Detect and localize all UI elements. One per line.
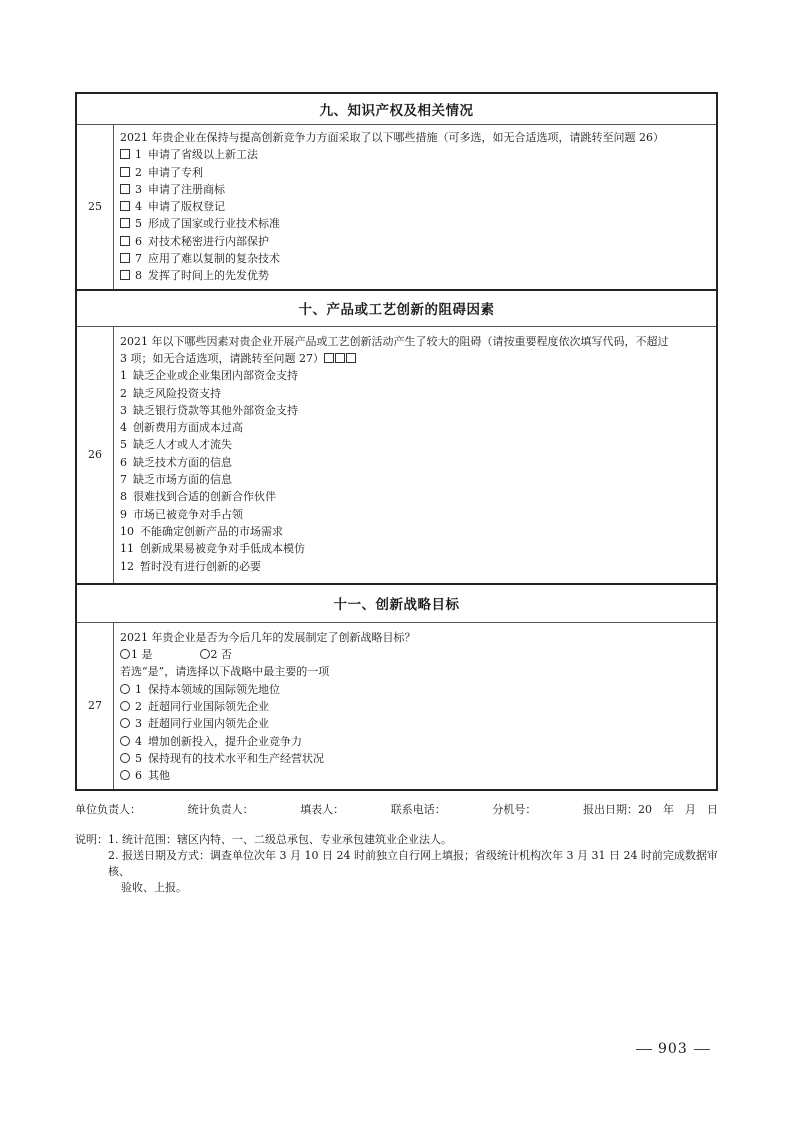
question-row-26: 26 2021 年以下哪些因素对贵企业开展产品或工艺创新活动产生了较大的阻碍（请… <box>77 327 716 585</box>
option-item: 6缺乏技术方面的信息 <box>120 454 716 471</box>
option-item: 5缺乏人才或人才流失 <box>120 436 716 453</box>
question-text: 2021 年以下哪些因素对贵企业开展产品或工艺创新活动产生了较大的阻碍（请按重要… <box>120 333 716 350</box>
question-text: 2021 年贵企业是否为今后几年的发展制定了创新战略目标？ <box>120 629 716 646</box>
note-item-1: 说明： 1. 统计范围：辖区内特、一、二级总承包、专业承包建筑业企业法人。 <box>75 832 735 848</box>
section-header-obstacles: 十、产品或工艺创新的阻碍因素 <box>77 291 716 327</box>
checkbox[interactable] <box>120 149 130 159</box>
checkbox[interactable] <box>120 201 130 211</box>
radio[interactable] <box>120 684 130 694</box>
section-title: 九、知识产权及相关情况 <box>320 99 474 119</box>
section-header-strategy: 十一、创新战略目标 <box>77 585 716 623</box>
question-text: 2021 年贵企业在保持与提高创新竞争力方面采取了以下哪些措施（可多选，如无合适… <box>120 129 716 146</box>
radio[interactable] <box>120 718 130 728</box>
filler-label: 填表人： <box>300 801 344 817</box>
question-body: 2021 年以下哪些因素对贵企业开展产品或工艺创新活动产生了较大的阻碍（请按重要… <box>114 327 716 583</box>
notes-label: 说明： <box>75 832 108 848</box>
checkbox[interactable] <box>120 253 130 263</box>
checkbox[interactable] <box>120 184 130 194</box>
option-item: 11创新成果易被竞争对手低成本模仿 <box>120 540 716 557</box>
option-item: 8很难找到合适的创新合作伙伴 <box>120 488 716 505</box>
option-item: 1申请了省级以上新工法 <box>120 146 716 163</box>
page-number: 903 <box>630 1041 716 1057</box>
radio[interactable] <box>120 701 130 711</box>
code-input-box-3[interactable] <box>346 353 356 363</box>
question-body: 2021 年贵企业是否为今后几年的发展制定了创新战略目标？ 1 是 2 否 若选… <box>114 623 716 789</box>
option-item: 10不能确定创新产品的市场需求 <box>120 523 716 540</box>
option-item: 3赶超同行业国内领先企业 <box>120 715 716 732</box>
followup-text: 若选“是”，请选择以下战略中最主要的一项 <box>120 663 716 680</box>
option-item: 2赶超同行业国际领先企业 <box>120 698 716 715</box>
option-item: 1缺乏企业或企业集团内部资金支持 <box>120 367 716 384</box>
checkbox[interactable] <box>120 236 130 246</box>
checkbox[interactable] <box>120 270 130 280</box>
option-item: 5形成了国家或行业技术标准 <box>120 215 716 232</box>
option-item: 3申请了注册商标 <box>120 181 716 198</box>
option-item: 7缺乏市场方面的信息 <box>120 471 716 488</box>
section-header-ip: 九、知识产权及相关情况 <box>77 94 716 125</box>
checkbox[interactable] <box>120 167 130 177</box>
stats-head-label: 统计负责人： <box>188 801 254 817</box>
note-item-2: 2. 报送日期及方式：调查单位次年 3 月 10 日 24 时前独立自行网上填报… <box>75 848 735 880</box>
question-number: 26 <box>77 327 114 583</box>
radio[interactable] <box>120 770 130 780</box>
radio-no[interactable] <box>200 649 210 659</box>
section-title: 十一、创新战略目标 <box>334 593 460 613</box>
signature-line: 单位负责人： 统计负责人： 填表人： 联系电话： 分机号： 报出日期：20 年 … <box>75 801 718 817</box>
question-number: 25 <box>77 125 114 289</box>
question-body: 2021 年贵企业在保持与提高创新竞争力方面采取了以下哪些措施（可多选，如无合适… <box>114 125 716 289</box>
question-text-cont: 3 项；如无合适选项，请跳转至问题 27） <box>120 350 716 367</box>
option-item: 6其他 <box>120 767 716 784</box>
dash-right <box>694 1049 710 1050</box>
question-row-27: 27 2021 年贵企业是否为今后几年的发展制定了创新战略目标？ 1 是 2 否… <box>77 623 716 789</box>
radio[interactable] <box>120 736 130 746</box>
code-input-box-1[interactable] <box>324 353 334 363</box>
option-item: 5保持现有的技术水平和生产经营状况 <box>120 750 716 767</box>
radio[interactable] <box>120 753 130 763</box>
yes-no-options: 1 是 2 否 <box>120 646 716 663</box>
checkbox[interactable] <box>120 218 130 228</box>
option-item: 6对技术秘密进行内部保护 <box>120 233 716 250</box>
option-item: 1保持本领域的国际领先地位 <box>120 681 716 698</box>
option-item: 2缺乏风险投资支持 <box>120 385 716 402</box>
question-number: 27 <box>77 623 114 789</box>
dash-left <box>636 1049 652 1050</box>
option-item: 4创新费用方面成本过高 <box>120 419 716 436</box>
code-input-box-2[interactable] <box>335 353 345 363</box>
radio-yes[interactable] <box>120 649 130 659</box>
notes: 说明： 1. 统计范围：辖区内特、一、二级总承包、专业承包建筑业企业法人。 2.… <box>75 832 735 896</box>
option-item: 12暂时没有进行创新的必要 <box>120 558 716 575</box>
option-item: 3缺乏银行贷款等其他外部资金支持 <box>120 402 716 419</box>
report-date-label: 报出日期：20 年 月 日 <box>583 801 718 817</box>
option-item: 8发挥了时间上的先发优势 <box>120 267 716 284</box>
option-item: 7应用了难以复制的复杂技术 <box>120 250 716 267</box>
phone-label: 联系电话： <box>391 801 446 817</box>
survey-form-table: 九、知识产权及相关情况 25 2021 年贵企业在保持与提高创新竞争力方面采取了… <box>75 92 718 791</box>
question-row-25: 25 2021 年贵企业在保持与提高创新竞争力方面采取了以下哪些措施（可多选，如… <box>77 125 716 291</box>
section-title: 十、产品或工艺创新的阻碍因素 <box>299 298 495 318</box>
unit-head-label: 单位负责人： <box>75 801 141 817</box>
option-item: 4增加创新投入，提升企业竞争力 <box>120 733 716 750</box>
option-item: 9市场已被竞争对手占领 <box>120 506 716 523</box>
note-item-2-cont: 验收、上报。 <box>75 880 735 896</box>
option-item: 4申请了版权登记 <box>120 198 716 215</box>
option-item: 2申请了专利 <box>120 164 716 181</box>
extension-label: 分机号： <box>492 801 536 817</box>
